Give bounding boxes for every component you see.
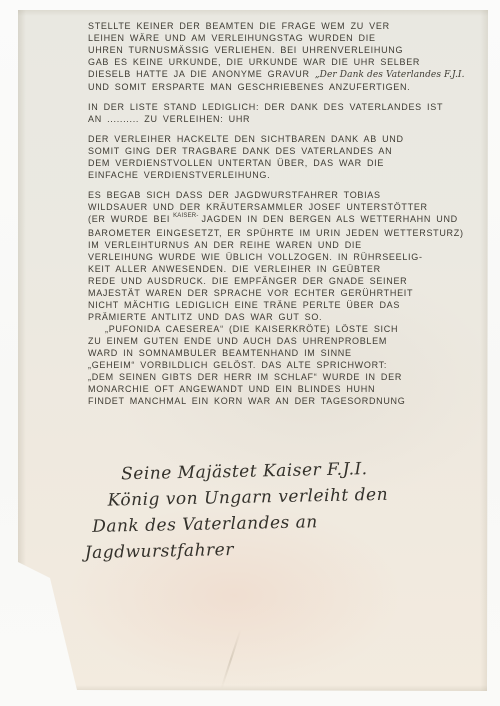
handwritten-line: Jagdwurstfahrer [85,537,390,569]
text-line: „GEHEIM“ VORBILDLICH GELÖST. DAS ALTE SP… [88,359,482,371]
text-line: IM VERLEIHTURNUS AN DER REIHE WAREN UND … [88,239,482,251]
text-line: ZU EINEM GUTEN ENDE UND AUCH DAS UHRENPR… [88,335,482,347]
text-line: VERLEIHUNG WURDE WIE ÜBLICH VOLLZOGEN. I… [88,251,482,263]
paragraph-geschichte: ES BEGAB SICH DASS DER JAGDWURSTFAHRER T… [88,189,482,407]
text-line: UND SOMIT ERSPARTE MAN GESCHRIEBENES ANZ… [88,81,482,93]
text-line: NICHT MÄCHTIG LEDIGLICH EINE TRÄNE PERLT… [88,299,482,311]
text-line: BAROMETER EINGESETZT, ER SPÜHRTE IM URIN… [88,227,482,239]
text-line: REDE UND AUSDRUCK. DIE EMPFÄNGER DER GNA… [88,275,482,287]
scan-background: STELLTE KEINER DER BEAMTEN DIE FRAGE WEM… [0,0,500,706]
text-segment: (ER WURDE BEI [88,214,170,224]
paper-crease [220,629,241,689]
text-line-with-insertion: (ER WURDE BEIKAISER-JAGDEN IN DEN BERGEN… [88,213,482,227]
engraving-quote: „Der Dank des Vaterlandes F.J.I. [315,70,465,80]
text-line: KEIT ALLER ANWESENDEN. DIE VERLEIHER IN … [88,263,482,275]
text-line: WILDSAUER UND DER KRÄUTERSAMMLER JOSEF U… [88,201,482,213]
paragraph-uhrenverleihung: STELLTE KEINER DER BEAMTEN DIE FRAGE WEM… [88,20,482,93]
document-page: STELLTE KEINER DER BEAMTEN DIE FRAGE WEM… [18,10,488,691]
inserted-word: KAISER- [173,213,198,219]
text-line: STELLTE KEINER DER BEAMTEN DIE FRAGE WEM… [88,20,482,32]
text-line: GAB ES KEINE URKUNDE, DIE URKUNDE WAR DI… [88,56,482,68]
text-line: „PUFONIDA CAESEREA“ (DIE KAISERKRÖTE) LÖ… [105,323,482,335]
text-line: IN DER LISTE STAND LEDIGLICH: DER DANK D… [88,101,482,113]
text-line: FINDET MANCHMAL EIN KORN WAR AN DER TAGE… [88,395,482,407]
text-line: AN .......... ZU VERLEIHEN: UHR [88,113,482,125]
text-line: WARD IN SOMNAMBULER BEAMTENHAND IM SINNE [88,347,482,359]
handwritten-note: Seine Majästet Kaiser F.J.I. König von U… [75,459,390,570]
text-line: EINFACHE VERDIENSTVERLEIHUNG. [88,169,482,181]
text-line: DER VERLEIHER HACKELTE DEN SICHTBAREN DA… [88,133,482,145]
text-line: DEM VERDIENSTVOLLEN UNTERTAN ÜBER, DAS W… [88,157,482,169]
text-line: LEIHEN WÄRE UND AM VERLEIHUNGSTAG WURDEN… [88,32,482,44]
text-line: MONARCHIE OFT ANGEWANDT UND EIN BLINDES … [88,383,482,395]
text-line: MAJESTÄT WAREN DER SPRACHE VOR ECHTER GE… [88,287,482,299]
text-line: PRÄMIERTE ANTLITZ UND DAS WAR GUT SO. [88,311,482,323]
text-line-with-engraving: DIESELB HATTE JA DIE ANONYME GRAVUR „Der… [88,68,482,81]
text-line: ES BEGAB SICH DASS DER JAGDWURSTFAHRER T… [88,189,482,201]
text-segment: DIESELB HATTE JA DIE ANONYME GRAVUR [88,69,310,79]
text-line: SOMIT GING DER TRAGBARE DANK DES VATERLA… [88,145,482,157]
text-line: „DEM SEINEN GIBTS DER HERR IM SCHLAF“ WU… [88,371,482,383]
paragraph-liste: IN DER LISTE STAND LEDIGLICH: DER DANK D… [88,101,482,125]
text-line: UHREN TURNUSMÄSSIG VERLIEHEN. BEI UHRENV… [88,44,482,56]
text-segment: JAGDEN IN DEN BERGEN ALS WETTERHAHN UND [202,214,458,224]
typed-text-block: STELLTE KEINER DER BEAMTEN DIE FRAGE WEM… [88,20,482,415]
paragraph-verleiher: DER VERLEIHER HACKELTE DEN SICHTBAREN DA… [88,133,482,181]
